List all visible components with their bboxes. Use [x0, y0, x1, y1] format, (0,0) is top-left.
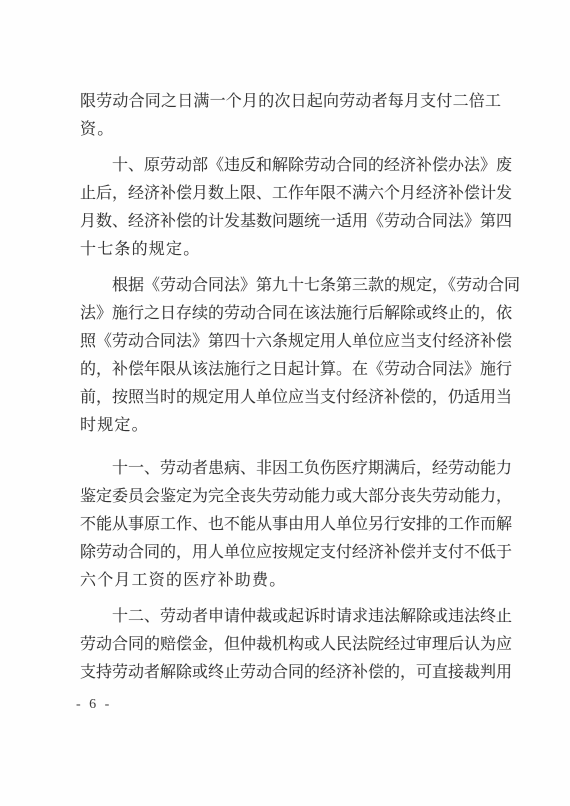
- document-body: 限劳动合同之日满一个月的次日起向劳动者每月支付二倍工资。十、原劳动部《违反和解除…: [80, 88, 501, 687]
- text-line: 照《劳动合同法》第四十六条规定用人单位应当支付经济补偿: [80, 328, 501, 356]
- text-line: 十七条的规定。: [80, 236, 501, 264]
- paragraph: 十二、劳动者申请仲裁或起诉时请求违法解除或违法终止劳动合同的赔偿金，但仲裁机构或…: [80, 603, 501, 687]
- text-line: 十、原劳动部《违反和解除劳动合同的经济补偿办法》废: [80, 152, 501, 180]
- text-line: 除劳动合同的，用人单位应按规定支付经济补偿并支付不低于: [80, 539, 501, 567]
- text-line: 前，按照当时的规定用人单位应当支付经济补偿的，仍适用当: [80, 384, 501, 412]
- paragraph: 限劳动合同之日满一个月的次日起向劳动者每月支付二倍工资。: [80, 88, 501, 144]
- paragraph: 十、原劳动部《违反和解除劳动合同的经济补偿办法》废止后，经济补偿月数上限、工作年…: [80, 152, 501, 264]
- document-page: 限劳动合同之日满一个月的次日起向劳动者每月支付二倍工资。十、原劳动部《违反和解除…: [0, 0, 570, 806]
- text-line: 限劳动合同之日满一个月的次日起向劳动者每月支付二倍工: [80, 88, 501, 116]
- text-line: 劳动合同的赔偿金，但仲裁机构或人民法院经过审理后认为应: [80, 631, 501, 659]
- text-line: 十一、劳动者患病、非因工负伤医疗期满后，经劳动能力: [80, 455, 501, 483]
- text-line: 法》施行之日存续的劳动合同在该法施行后解除或终止的，依: [80, 300, 501, 328]
- text-line: 资。: [80, 116, 501, 144]
- paragraph: 十一、劳动者患病、非因工负伤医疗期满后，经劳动能力鉴定委员会鉴定为完全丧失劳动能…: [80, 455, 501, 595]
- text-line: 月数、经济补偿的计发基数问题统一适用《劳动合同法》第四: [80, 208, 501, 236]
- text-line: 时规定。: [80, 412, 501, 440]
- text-line: 不能从事原工作、也不能从事由用人单位另行安排的工作而解: [80, 511, 501, 539]
- text-line: 止后，经济补偿月数上限、工作年限不满六个月经济补偿计发: [80, 180, 501, 208]
- text-line: 的，补偿年限从该法施行之日起计算。在《劳动合同法》施行: [80, 356, 501, 384]
- text-line: 十二、劳动者申请仲裁或起诉时请求违法解除或违法终止: [80, 603, 501, 631]
- paragraph: 根据《劳动合同法》第九十七条第三款的规定，《劳动合同法》施行之日存续的劳动合同在…: [80, 272, 501, 440]
- text-line: 支持劳动者解除或终止劳动合同的经济补偿的，可直接裁判用: [80, 659, 501, 687]
- text-line: 鉴定委员会鉴定为完全丧失劳动能力或大部分丧失劳动能力，: [80, 483, 501, 511]
- page-number: - 6 -: [76, 697, 112, 713]
- text-line: 根据《劳动合同法》第九十七条第三款的规定，《劳动合同: [80, 272, 501, 300]
- text-line: 六个月工资的医疗补助费。: [80, 567, 501, 595]
